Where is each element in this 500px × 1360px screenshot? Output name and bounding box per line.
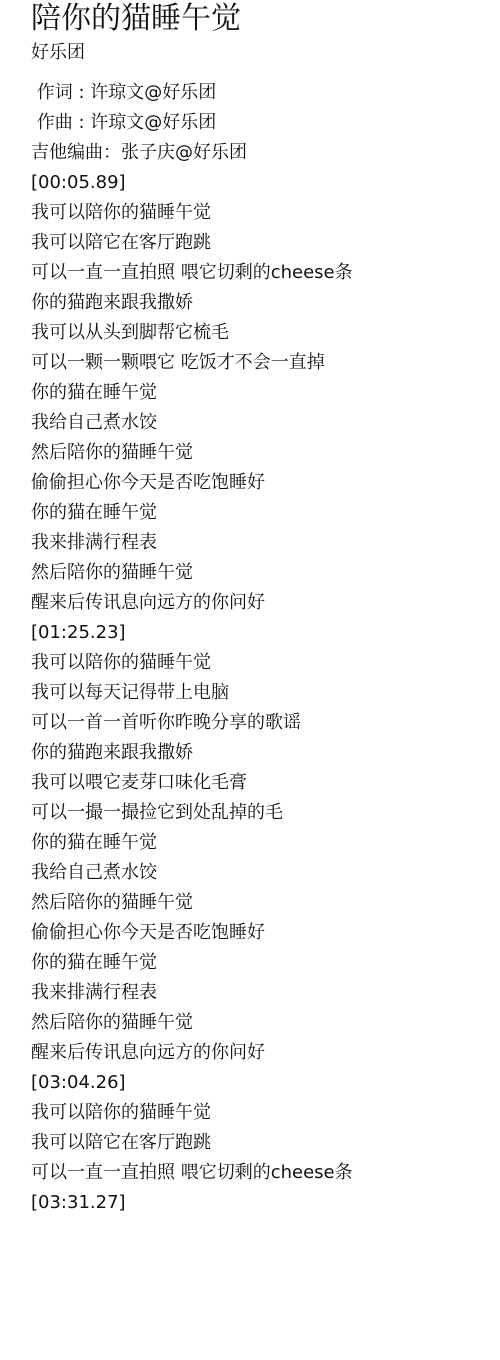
lyric-line: 你的猫在睡午觉 (31, 828, 353, 858)
lyric-line: 然后陪你的猫睡午觉 (31, 888, 353, 918)
lyric-line: 我可以陪你的猫睡午觉 (31, 1098, 353, 1128)
timestamp-line: [01:25.23] (31, 618, 353, 648)
lyric-line: 我可以陪你的猫睡午觉 (31, 198, 353, 228)
lyric-line: 醒来后传讯息向远方的你问好 (31, 1038, 353, 1068)
lyric-line: 可以一直一直拍照 喂它切剩的cheese条 (31, 258, 353, 288)
song-title: 陪你的猫睡午觉 (31, 0, 241, 38)
lyric-line: 可以一直一直拍照 喂它切剩的cheese条 (31, 1158, 353, 1188)
credit-line-composer: 作曲 : 许琼文@好乐团 (31, 108, 353, 138)
lyric-line: 我来排满行程表 (31, 978, 353, 1008)
timestamp-line: [03:04.26] (31, 1068, 353, 1098)
lyric-line: 你的猫跑来跟我撒娇 (31, 738, 353, 768)
lyric-line: 可以一颗一颗喂它 吃饭才不会一直掉 (31, 348, 353, 378)
timestamp-line: [03:31.27] (31, 1188, 353, 1218)
lyric-line: 我可以陪它在客厅跑跳 (31, 228, 353, 258)
lyric-line: 偷偷担心你今天是否吃饱睡好 (31, 918, 353, 948)
lyric-line: 然后陪你的猫睡午觉 (31, 1008, 353, 1038)
lyric-line: 我可以每天记得带上电脑 (31, 678, 353, 708)
lyric-line: 我给自己煮水饺 (31, 858, 353, 888)
lyric-line: 你的猫在睡午觉 (31, 948, 353, 978)
lyric-line: 你的猫跑来跟我撒娇 (31, 288, 353, 318)
lyric-line: 然后陪你的猫睡午觉 (31, 558, 353, 588)
lyric-line: 我可以从头到脚帮它梳毛 (31, 318, 353, 348)
artist-name: 好乐团 (31, 40, 85, 66)
lyric-line: 偷偷担心你今天是否吃饱睡好 (31, 468, 353, 498)
lyric-line: 我可以喂它麦芽口味化毛膏 (31, 768, 353, 798)
lyric-line: 醒来后传讯息向远方的你问好 (31, 588, 353, 618)
timestamp-line: [00:05.89] (31, 168, 353, 198)
lyrics-list: 作词 : 许琼文@好乐团 作曲 : 许琼文@好乐团 吉他编曲：张子庆@好乐团 [… (31, 78, 353, 1218)
lyric-line: 我来排满行程表 (31, 528, 353, 558)
lyric-line: 可以一首一首听你昨晚分享的歌谣 (31, 708, 353, 738)
lyric-line: 我可以陪它在客厅跑跳 (31, 1128, 353, 1158)
lyric-line: 你的猫在睡午觉 (31, 378, 353, 408)
lyric-line: 然后陪你的猫睡午觉 (31, 438, 353, 468)
lyric-line: 我给自己煮水饺 (31, 408, 353, 438)
lyric-line: 我可以陪你的猫睡午觉 (31, 648, 353, 678)
credit-line-guitar: 吉他编曲：张子庆@好乐团 (31, 138, 353, 168)
lyric-line: 你的猫在睡午觉 (31, 498, 353, 528)
lyric-line: 可以一撮一撮捡它到处乱掉的毛 (31, 798, 353, 828)
credit-line-lyricist: 作词 : 许琼文@好乐团 (31, 78, 353, 108)
